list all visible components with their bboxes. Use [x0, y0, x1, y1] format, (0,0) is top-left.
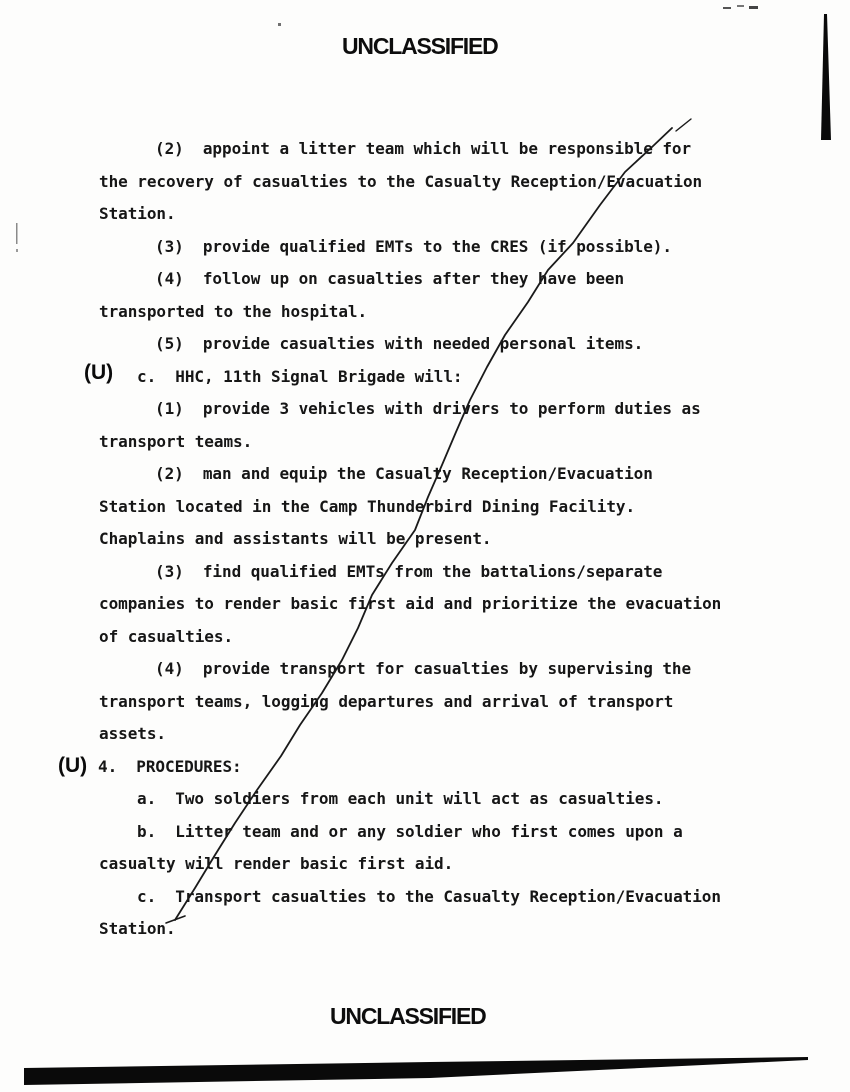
document-text-line: Chaplains and assistants will be present…: [99, 530, 492, 548]
document-text-line: (3) find qualified EMTs from the battali…: [155, 563, 662, 581]
top-right-dash-1: [723, 7, 731, 9]
document-text-line: a. Two soldiers from each unit will act …: [137, 790, 664, 808]
unclassified-paragraph-marking-2: (U): [58, 754, 87, 778]
document-text-line: (2) appoint a litter team which will be …: [155, 140, 691, 158]
strike-top-flick: [676, 119, 691, 131]
document-text-line: (5) provide casualties with needed perso…: [155, 335, 643, 353]
document-text-line: (1) provide 3 vehicles with drivers to p…: [155, 400, 701, 418]
scanned-document-page: UNCLASSIFIED (U) (U) (2) appoint a litte…: [0, 0, 850, 1092]
document-text-line: Station.: [99, 920, 176, 938]
unclassified-paragraph-marking-1: (U): [84, 361, 113, 385]
document-text-line: casualty will render basic first aid.: [99, 855, 453, 873]
document-text-line: c. HHC, 11th Signal Brigade will:: [137, 368, 462, 386]
classification-footer: UNCLASSIFIED: [330, 1003, 486, 1030]
document-text-line: companies to render basic first aid and …: [99, 595, 721, 613]
classification-header: UNCLASSIFIED: [342, 33, 498, 60]
document-text-line: (3) provide qualified EMTs to the CRES (…: [155, 238, 672, 256]
document-text-line: 4. PROCEDURES:: [98, 758, 242, 776]
document-text-line: of casualties.: [99, 628, 233, 646]
document-text-line: transported to the hospital.: [99, 303, 367, 321]
document-text-line: (4) follow up on casualties after they h…: [155, 270, 624, 288]
left-margin-mark: [16, 223, 18, 244]
document-text-line: the recovery of casualties to the Casual…: [99, 173, 702, 191]
document-text-line: (4) provide transport for casualties by …: [155, 660, 691, 678]
document-text-line: Station.: [99, 205, 176, 223]
right-edge-scan-bar: [821, 14, 831, 140]
document-text-line: c. Transport casualties to the Casualty …: [137, 888, 721, 906]
left-margin-dot: [16, 249, 18, 252]
top-right-dash-3: [749, 6, 758, 9]
document-text-line: b. Litter team and or any soldier who fi…: [137, 823, 683, 841]
document-text-line: Station located in the Camp Thunderbird …: [99, 498, 635, 516]
document-text-line: (2) man and equip the Casualty Reception…: [155, 465, 653, 483]
top-right-dash-2: [737, 5, 744, 7]
bottom-scan-bar: [24, 1057, 808, 1085]
document-text-line: transport teams.: [99, 433, 252, 451]
speck-artifact: [278, 23, 281, 26]
document-text-line: transport teams, logging departures and …: [99, 693, 673, 711]
document-text-line: assets.: [99, 725, 166, 743]
